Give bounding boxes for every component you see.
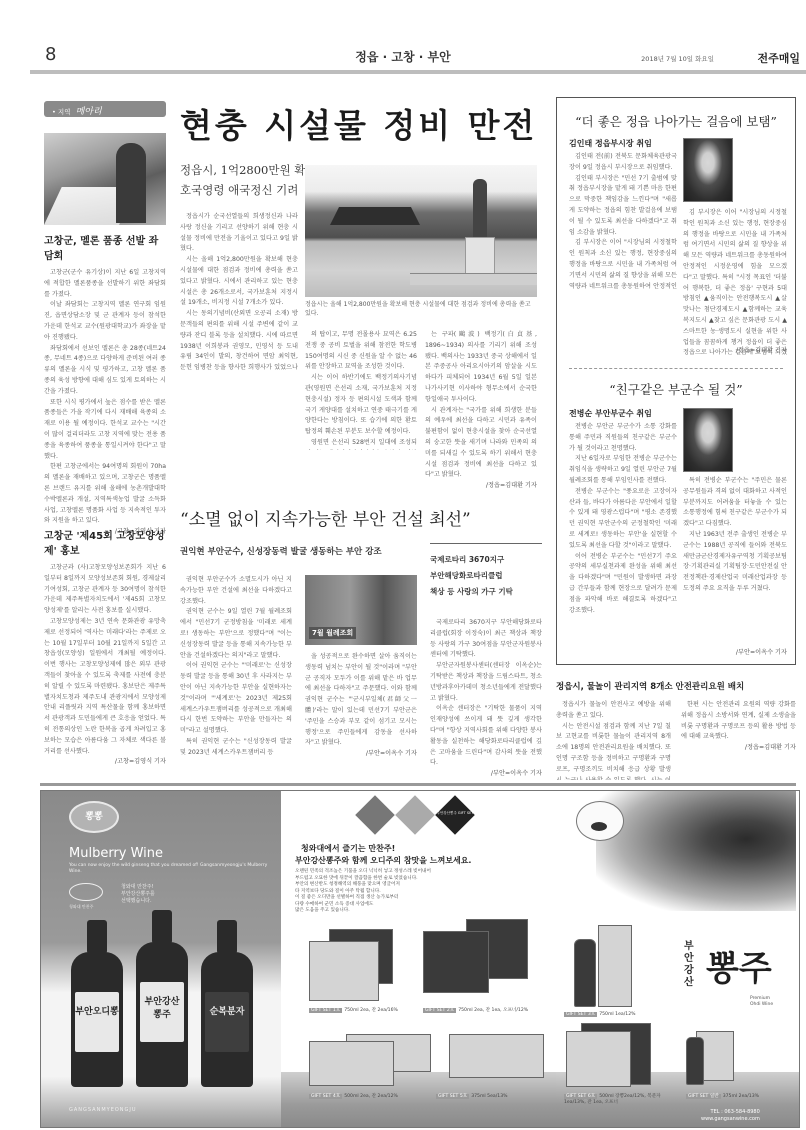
- paragraph: 또한 시식 평가에서 높은 점수를 받은 멜론 품종들은 가을 작기에 다시 재…: [44, 398, 166, 463]
- paragraph: 이옥순 센터장은 "기탁한 물품이 지역인재양성에 쓰이게 돼 뜻 깊게 생각한…: [430, 704, 542, 769]
- main-headline: 현충 시설물 정비 만전: [180, 100, 537, 147]
- ad-separator: [40, 783, 796, 786]
- paragraph: 이어 권익현 군수는 "'미래로'는 신성장동력 발굴 등을 통해 30년 후 …: [180, 661, 292, 737]
- story-title: 전병순 부안부군수 취임: [569, 408, 652, 419]
- quote-title-2: “친구같은 부군수 될 것”: [557, 380, 795, 398]
- gift-set-label: GIFT SET 일반375ml 2ea/13%: [686, 1093, 759, 1099]
- ad-middle-panel: 부안강산뽕주 GIFT SET 청와대에서 즐기는 만찬주! 부안강산뽕주와 함…: [281, 791, 556, 1127]
- brand-logo-icon: 뽕뽕: [69, 801, 119, 833]
- paragraph: 시는 안전시설 점검과 함께 지난 7일 칠보 고현교를 비롯한 물놀이 관리지…: [556, 722, 671, 780]
- brand-title: 뽕주: [706, 941, 772, 990]
- gift-set-label: GIFT SET 5호375ml 5ea/13%: [436, 1093, 508, 1099]
- main-col-1: 정읍시가 순국선열들의 희생정신과 나라사랑 정신을 기리고 선양하기 위해 현…: [180, 212, 298, 372]
- water-col-1: 정읍시가 물놀이 안전사고 예방을 위해 총력을 쏟고 있다. 시는 안전시설 …: [556, 700, 671, 780]
- paragraph: 전병순 부안군 부군수가 소통 강화를 통해 주민과 직원들의 친구같은 부군수…: [569, 422, 677, 454]
- buan-col-1: 권익현 부안군수가 소멸도시가 아닌 지속가능한 부안 건설에 최선을 다하겠다…: [180, 575, 292, 775]
- article-melon: 고창군, 멜론 품종 선발 좌담회 고창군(군수 유기상)이 지난 6일 고창지…: [44, 232, 166, 538]
- publication-date: 2018년 7월 10일 화요일: [641, 54, 714, 63]
- brand-subtitle: Premium Ohdi Wine: [750, 996, 773, 1008]
- byline: /부안=이옥수 기자: [683, 648, 787, 659]
- badge-prefix: 지역: [58, 108, 71, 116]
- paragraph: 시는 이어 하반기에도 백정기의사기념관(영원면 은선리 소재, 국가보훈처 지…: [305, 373, 417, 438]
- byline: /부안=이옥수 기자: [305, 749, 417, 760]
- paragraph: 고창모양성제는 3년 연속 문화관광 유망축제로 선정되어 '역사는 미래다'라…: [44, 617, 166, 757]
- paragraph: 지난 1963년 전주 출생인 전병순 부군수는 1988년 공직에 들어와 전…: [683, 530, 787, 595]
- paragraph: 의 탑이고, 무명 전몰용사 묘역은 6.25전쟁 중 공비 토벌을 위해 참전…: [305, 330, 417, 373]
- buan-col-2: 을 성공적으로 완수하면 살아 움직이는 생동력 넘치는 부안이 될 것"이라며…: [305, 652, 417, 777]
- mid-tag: 부안강산뽕주 GIFT SET: [433, 811, 477, 816]
- telephone: TEL : 063-584-8980: [701, 1109, 760, 1116]
- paragraph: 시 관계자는 "국가를 위해 희생한 분들의 예우에 최선을 다하고 시민과 유…: [425, 406, 537, 482]
- ad-title: Mulberry Wine: [69, 846, 163, 861]
- rotary-divider: [430, 543, 542, 544]
- byline: /부안=이옥수 기자: [430, 769, 542, 778]
- ad-subtitle: You can now enjoy the wild ginseng that …: [69, 863, 269, 875]
- ad-brand-en: GANGSANMYEONGJU: [69, 1107, 137, 1113]
- mulberries-image: [596, 791, 796, 911]
- column-badge: • 지역 메아리: [44, 101, 166, 117]
- paragraph: 전병순 부군수는 "풍요로운 고장이자 산과 들, 바다가 아름다운 부안에서 …: [569, 487, 677, 552]
- paragraph: 정읍시가 순국선열들의 희생정신과 나라사랑 정신을 기리고 선양하기 위해 현…: [180, 212, 298, 255]
- gift-set-label: GIFT SET 3호750ml 1ea/12%: [564, 1011, 636, 1017]
- ad-left-panel: 뽕뽕 Mulberry Wine You can now enjoy the w…: [41, 791, 281, 1127]
- gift-box-2-open: [423, 931, 489, 993]
- paragraph: 고창군과 (사)고창모양성보존회가 지난 6일부터 8일까지 모양성보존회 회원…: [44, 563, 166, 617]
- badge-name: 메아리: [76, 107, 102, 117]
- ad-slogan: 청와대 만찬주! 부안강산뽕주를 선택했습니다.: [121, 884, 155, 905]
- article-title: 고창군 '제45회 고창모양성제' 홍보: [44, 527, 166, 557]
- appointments-box: “더 좋은 정읍 나아가는 걸음에 보탬” 김인태 정읍부시장 취임 김인태 전…: [556, 97, 796, 665]
- paragraph: 이어 전병순 부군수는 "민선7기 주요 공약의 세부실천과제 완성을 위해 최…: [569, 552, 677, 617]
- story-separator: [569, 368, 783, 369]
- gift-set-label: GIFT SET 6호500ml 장뽕2ea/12%, 복분자1ea/13%, …: [564, 1093, 674, 1105]
- story1-col2: 김 부시장은 이어 "시장님의 시정철학인 원칙과 소신 있는 행정, 현장중심…: [683, 208, 787, 356]
- paragraph: 이날 좌담회는 고창지역 멜론 연구회 임원진, 읍면상담소장 및 군 관계자 …: [44, 300, 166, 343]
- paragraph: 김인태 부시장은 "민선 7기 출범에 맞춰 정읍부시장을 맡게 돼 기쁜 마음…: [569, 174, 677, 239]
- paragraph: 시는 올해 1억2,800만원을 확보해 현충 시설물에 대한 점검과 정비에 …: [180, 255, 298, 309]
- berry-diamond-icon: [355, 795, 395, 835]
- gift-bag-3: [598, 925, 632, 1007]
- gift-set-label: GIFT SET 1호750ml 2ea, 잔 2ea/16%: [309, 1007, 398, 1013]
- paragraph: 국제로타리 3670지구 부안해당화로타리클럽(회장 이정숙)이 최근 책상과 …: [430, 618, 542, 661]
- sub-headline-1: 정읍시, 1억2800만원 확보: [180, 162, 316, 178]
- gift-box-1-open: [309, 941, 379, 1001]
- main-col-3: 는 구파(鷗波) 백정기(白貞基, 1896~1934) 의사를 기리기 위해 …: [425, 330, 537, 490]
- mascot-icon: [576, 801, 624, 841]
- brand-vertical: 부안강산: [684, 941, 702, 989]
- water-article-title: 정읍시, 물놀이 관리지역 8개소 안전관리요원 배치: [556, 680, 744, 692]
- gift-box-5: [449, 1034, 544, 1078]
- rotary-body: 국제로타리 3670지구 부안해당화로타리클럽(회장 이정숙)이 최근 책상과 …: [430, 618, 542, 778]
- article-title: 고창군, 멜론 품종 선발 좌담회: [44, 232, 166, 262]
- paragraph: 특히 전병순 부군수는 "주민은 물론 공무원들과 격의 없이 대화하고 사적인…: [683, 476, 787, 530]
- buan-subheadline: 권익현 부안군수, 신성장동력 발굴 생동하는 부안 강조: [180, 545, 382, 557]
- paragraph: 는 구파(鷗波) 백정기(白貞基, 1896~1934) 의사를 기리기 위해 …: [425, 330, 537, 406]
- story-title: 김인태 정읍부시장 취임: [569, 138, 652, 149]
- paragraph: 시는 동의기념비(산외면 오공리 소재) 방문객들의 편의를 위해 시설 주변에…: [180, 309, 298, 372]
- ad-headline-1: 청와대에서 즐기는 만찬주!: [301, 843, 395, 854]
- article-moyangseong: 고창군 '제45회 고창모양성제' 홍보 고창군과 (사)고창모양성보존회가 지…: [44, 527, 166, 768]
- gift-set-label: GIFT SET 4호500ml 2ea, 잔 2ea/12%: [309, 1093, 398, 1099]
- story1-col1: 김인태 전(前) 전북도 문화체육관광국장이 9일 정읍시 부시장으로 취임했다…: [569, 152, 677, 292]
- ad-body: 오랜된 민족의 격조높은 기품을 오디 넉넉히 넣고 정성스레 빚어내어 부드럽…: [295, 869, 545, 915]
- paragraph: 김 부시장은 이어 "시장님의 시정철학인 원칙과 소신 있는 행정, 현장중심…: [569, 238, 677, 292]
- paragraph: 영원면 은선리 528번지 일대에 조성되어 있는 백정기의사기념관은 윤봉길,…: [305, 438, 417, 450]
- mulberry-wine-ad: 뽕뽕 Mulberry Wine You can now enjoy the w…: [40, 790, 800, 1128]
- governor-photo: 7월 월례조회: [305, 575, 417, 645]
- seal-caption: 청와대 만찬주: [69, 904, 93, 910]
- story2-col2: 특히 전병순 부군수는 "주민은 물론 공무원들과 격의 없이 대화하고 사적인…: [683, 476, 787, 646]
- newspaper-name: 전주매일: [757, 50, 800, 66]
- paragraph: 권익현 부안군수가 소멸도시가 아닌 지속가능한 부안 건설에 최선을 다하겠다…: [180, 575, 292, 607]
- paragraph: 부안군자원봉사센터(센터장 이옥순)는 기탁받은 책상과 책장을 드림스타트, …: [430, 661, 542, 704]
- bottle-icon: 부안오디뽕: [71, 952, 123, 1087]
- gift-box-4-open: [309, 1041, 394, 1086]
- deputy-governor-portrait: [683, 408, 733, 472]
- byline: /정읍=김대환 기자: [425, 481, 537, 490]
- header-rule: [30, 70, 806, 74]
- memorial-photo: [305, 165, 537, 297]
- paragraph: 한편 시는 안전관리 요원의 역량 강화를 위해 정읍시 소방서와 연계, 실제…: [681, 700, 796, 743]
- gift-bottle-general: [686, 1037, 704, 1085]
- story2-col1: 전병순 부안군 부군수가 소통 강화를 통해 주민과 직원들의 친구같은 부군수…: [569, 422, 677, 658]
- deputy-mayor-portrait: [683, 138, 733, 202]
- fruit-diamond-icon: [395, 795, 435, 835]
- contact-info: TEL : 063-584-8980 www.gangsanwine.com: [701, 1109, 760, 1123]
- ad-right-panel: GIFT SET 3호750ml 1ea/12% 부안강산 뽕주 Premium…: [556, 791, 799, 1127]
- bottle-icon: 순복분자: [201, 952, 253, 1087]
- photo-banner: 7월 월례조회: [309, 627, 356, 639]
- paragraph: 정읍시가 물놀이 안전사고 예방을 위해 총력을 쏟고 있다.: [556, 700, 671, 722]
- paragraph: 김인태 전(前) 전북도 문화체육관광국장이 9일 정읍시 부시장으로 취임했다…: [569, 152, 677, 174]
- water-col-2: 한편 시는 안전관리 요원의 역량 강화를 위해 정읍시 소방서와 연계, 실제…: [681, 700, 796, 780]
- ad-headline-2: 부안강산뽕주와 함께 오디주의 참맛을 느껴보세요.: [295, 855, 471, 866]
- paragraph: 좌담회에서 선보인 멜론은 총 28종(네트24종, 무네트 4종)으로 다양하…: [44, 344, 166, 398]
- paragraph: 고창군(군수 유기상)이 지난 6일 고창지역에 적합한 멜론품종을 선발하기 …: [44, 268, 166, 300]
- sub-headline-2: 호국영령 애국정신 기려: [180, 182, 298, 198]
- paragraph: 김 부시장은 이어 "시장님의 시정철학인 원칙과 소신 있는 행정, 현장중심…: [683, 208, 787, 356]
- rotary-title: 국제로타리 3670지구 부안해당화로타리클럽 책상 등 사랑의 가구 기탁: [430, 552, 542, 600]
- gift-bottle-3: [574, 939, 596, 1007]
- gift-box-6-open: [566, 1031, 631, 1087]
- byline: /정읍=김대환 기자: [681, 743, 796, 754]
- buan-headline: “소멸 없이 지속가능한 부안 건설 최선”: [180, 505, 471, 530]
- paragraph: 권익현 군수는 9일 열린 7월 월례조회에서 "민선7기 군정방침을 '미래로…: [180, 607, 292, 661]
- quote-title-1: “더 좋은 정읍 나아가는 걸음에 보탬”: [557, 112, 795, 130]
- byline: /고창=김영식 기자: [44, 757, 166, 768]
- photo-caption: 정읍시는 올해 1억2,800만원을 확보해 현충 시설물에 대한 점검과 정비…: [305, 300, 537, 318]
- melon-meeting-photo: [44, 133, 166, 225]
- website-link[interactable]: www.gangsanwine.com: [701, 1116, 760, 1123]
- bottle-icon: 부안강산 뽕주: [136, 942, 188, 1087]
- paragraph: 지난 6일자로 부임한 전병순 부군수는 취임식을 생략하고 9일 열린 부안군…: [569, 454, 677, 486]
- gift-set-label: GIFT SET 2호750ml 2ea, 잔 1ea, 오프너/12%: [423, 1007, 528, 1013]
- main-col-2: 의 탑이고, 무명 전몰용사 묘역은 6.25전쟁 중 공비 토벌을 위해 참전…: [305, 330, 417, 450]
- paragraph: 한편 고창군에서는 94여명의 회원이 70ha의 멜론을 재배하고 있으며, …: [44, 462, 166, 527]
- blue-house-seal-icon: [69, 883, 103, 901]
- badge-dot-icon: •: [52, 108, 56, 116]
- paragraph: 특히 권익현 군수는 "신성장동력 발굴 및 2023년 세계스카우트잼버리 등: [180, 737, 292, 759]
- byline: /정읍=김대환 기자: [683, 346, 787, 357]
- paragraph: 을 성공적으로 완수하면 살아 움직이는 생동력 넘치는 부안이 될 것"이라며…: [305, 652, 417, 749]
